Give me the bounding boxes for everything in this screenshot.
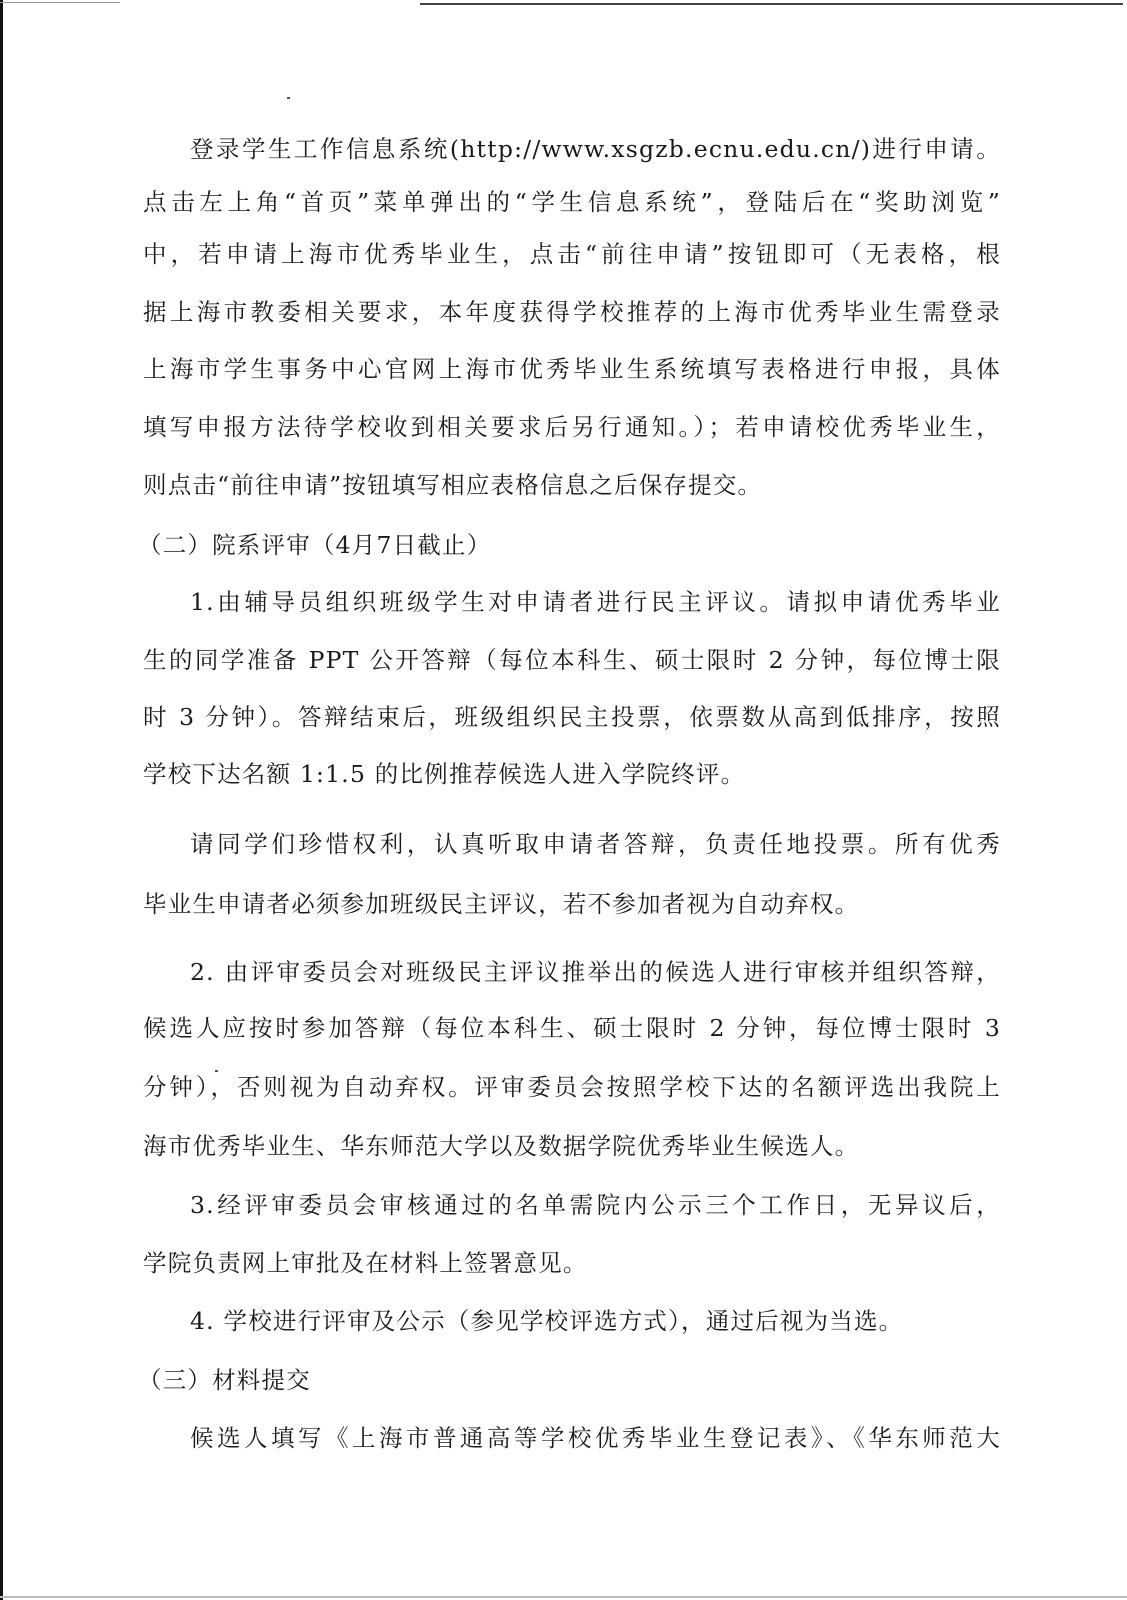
paragraph-line: 据上海市教委相关要求，本年度获得学校推荐的上海市优秀毕业生需登录	[143, 296, 1001, 328]
paragraph-line: 学院负责网上审批及在材料上签署意见。	[143, 1247, 588, 1279]
section-heading-material-submission: （三）材料提交	[138, 1364, 311, 1396]
paragraph-line: 中，若申请上海市优秀毕业生，点击“前往申请”按钮即可（无表格，根	[143, 238, 1001, 270]
paragraph-line: 请同学们珍惜权利，认真听取申请者答辩，负责任地投票。所有优秀	[190, 828, 1001, 860]
paragraph-line: 毕业生申请者必须参加班级民主评议，若不参加者视为自动弃权。	[143, 888, 859, 920]
paragraph-line: 候选人填写《上海市普通高等学校优秀毕业生登记表》、《华东师范大	[190, 1422, 1001, 1454]
paragraph-line: 海市优秀毕业生、华东师范大学以及数据学院优秀毕业生候选人。	[143, 1130, 859, 1162]
paragraph-line: 1.由辅导员组织班级学生对申请者进行民主评议。请拟申请优秀毕业	[190, 586, 1001, 618]
paragraph-line: 分钟），否则视为自动弃权。评审委员会按照学校下达的名额评选出我院上	[143, 1071, 1001, 1103]
paragraph-line: 3.经评审委员会审核通过的名单需院内公示三个工作日，无异议后，	[190, 1189, 1001, 1221]
scan-bottom-edge	[0, 1596, 1127, 1598]
paragraph-line: 登录学生工作信息系统(http://www.xsgzb.ecnu.edu.cn/…	[190, 133, 1001, 165]
paragraph-line: 上海市学生事务中心官网上海市优秀毕业生系统填写表格进行申报，具体	[143, 353, 1001, 385]
paragraph-line: 生的同学准备 PPT 公开答辩（每位本科生、硕士限时 2 分钟，每位博士限	[143, 644, 1001, 676]
paragraph-line: 候选人应按时参加答辩（每位本科生、硕士限时 2 分钟，每位博士限时 3	[143, 1012, 1001, 1044]
scan-left-edge	[0, 0, 3, 1600]
paragraph-line: 时 3 分钟）。答辩结束后，班级组织民主投票，依票数从高到低排序，按照	[143, 701, 1001, 733]
paragraph-line: 学校下达名额 1:1.5 的比例推荐候选人进入学院终评。	[143, 758, 745, 790]
paragraph-line: 点击左上角“首页”菜单弹出的“学生信息系统”，登陆后在“奖助浏览”	[143, 186, 1001, 218]
paragraph-line: 2. 由评审委员会对班级民主评议推举出的候选人进行审核并组织答辩，	[190, 956, 1001, 988]
paragraph-line: 则点击“前往申请”按钮填写相应表格信息之后保存提交。	[143, 469, 762, 501]
section-heading-department-review: （二）院系评审（4月7日截止）	[138, 529, 491, 561]
paragraph-line: 4. 学校进行评审及公示（参见学校评选方式），通过后视为当选。	[190, 1305, 903, 1337]
scan-speck	[287, 97, 290, 99]
scan-top-rule	[420, 3, 1123, 5]
scan-top-rule-left	[0, 2, 120, 3]
paragraph-line: 填写申报方法待学校收到相关要求后另行通知。）；若申请校优秀毕业生，	[143, 411, 1001, 443]
